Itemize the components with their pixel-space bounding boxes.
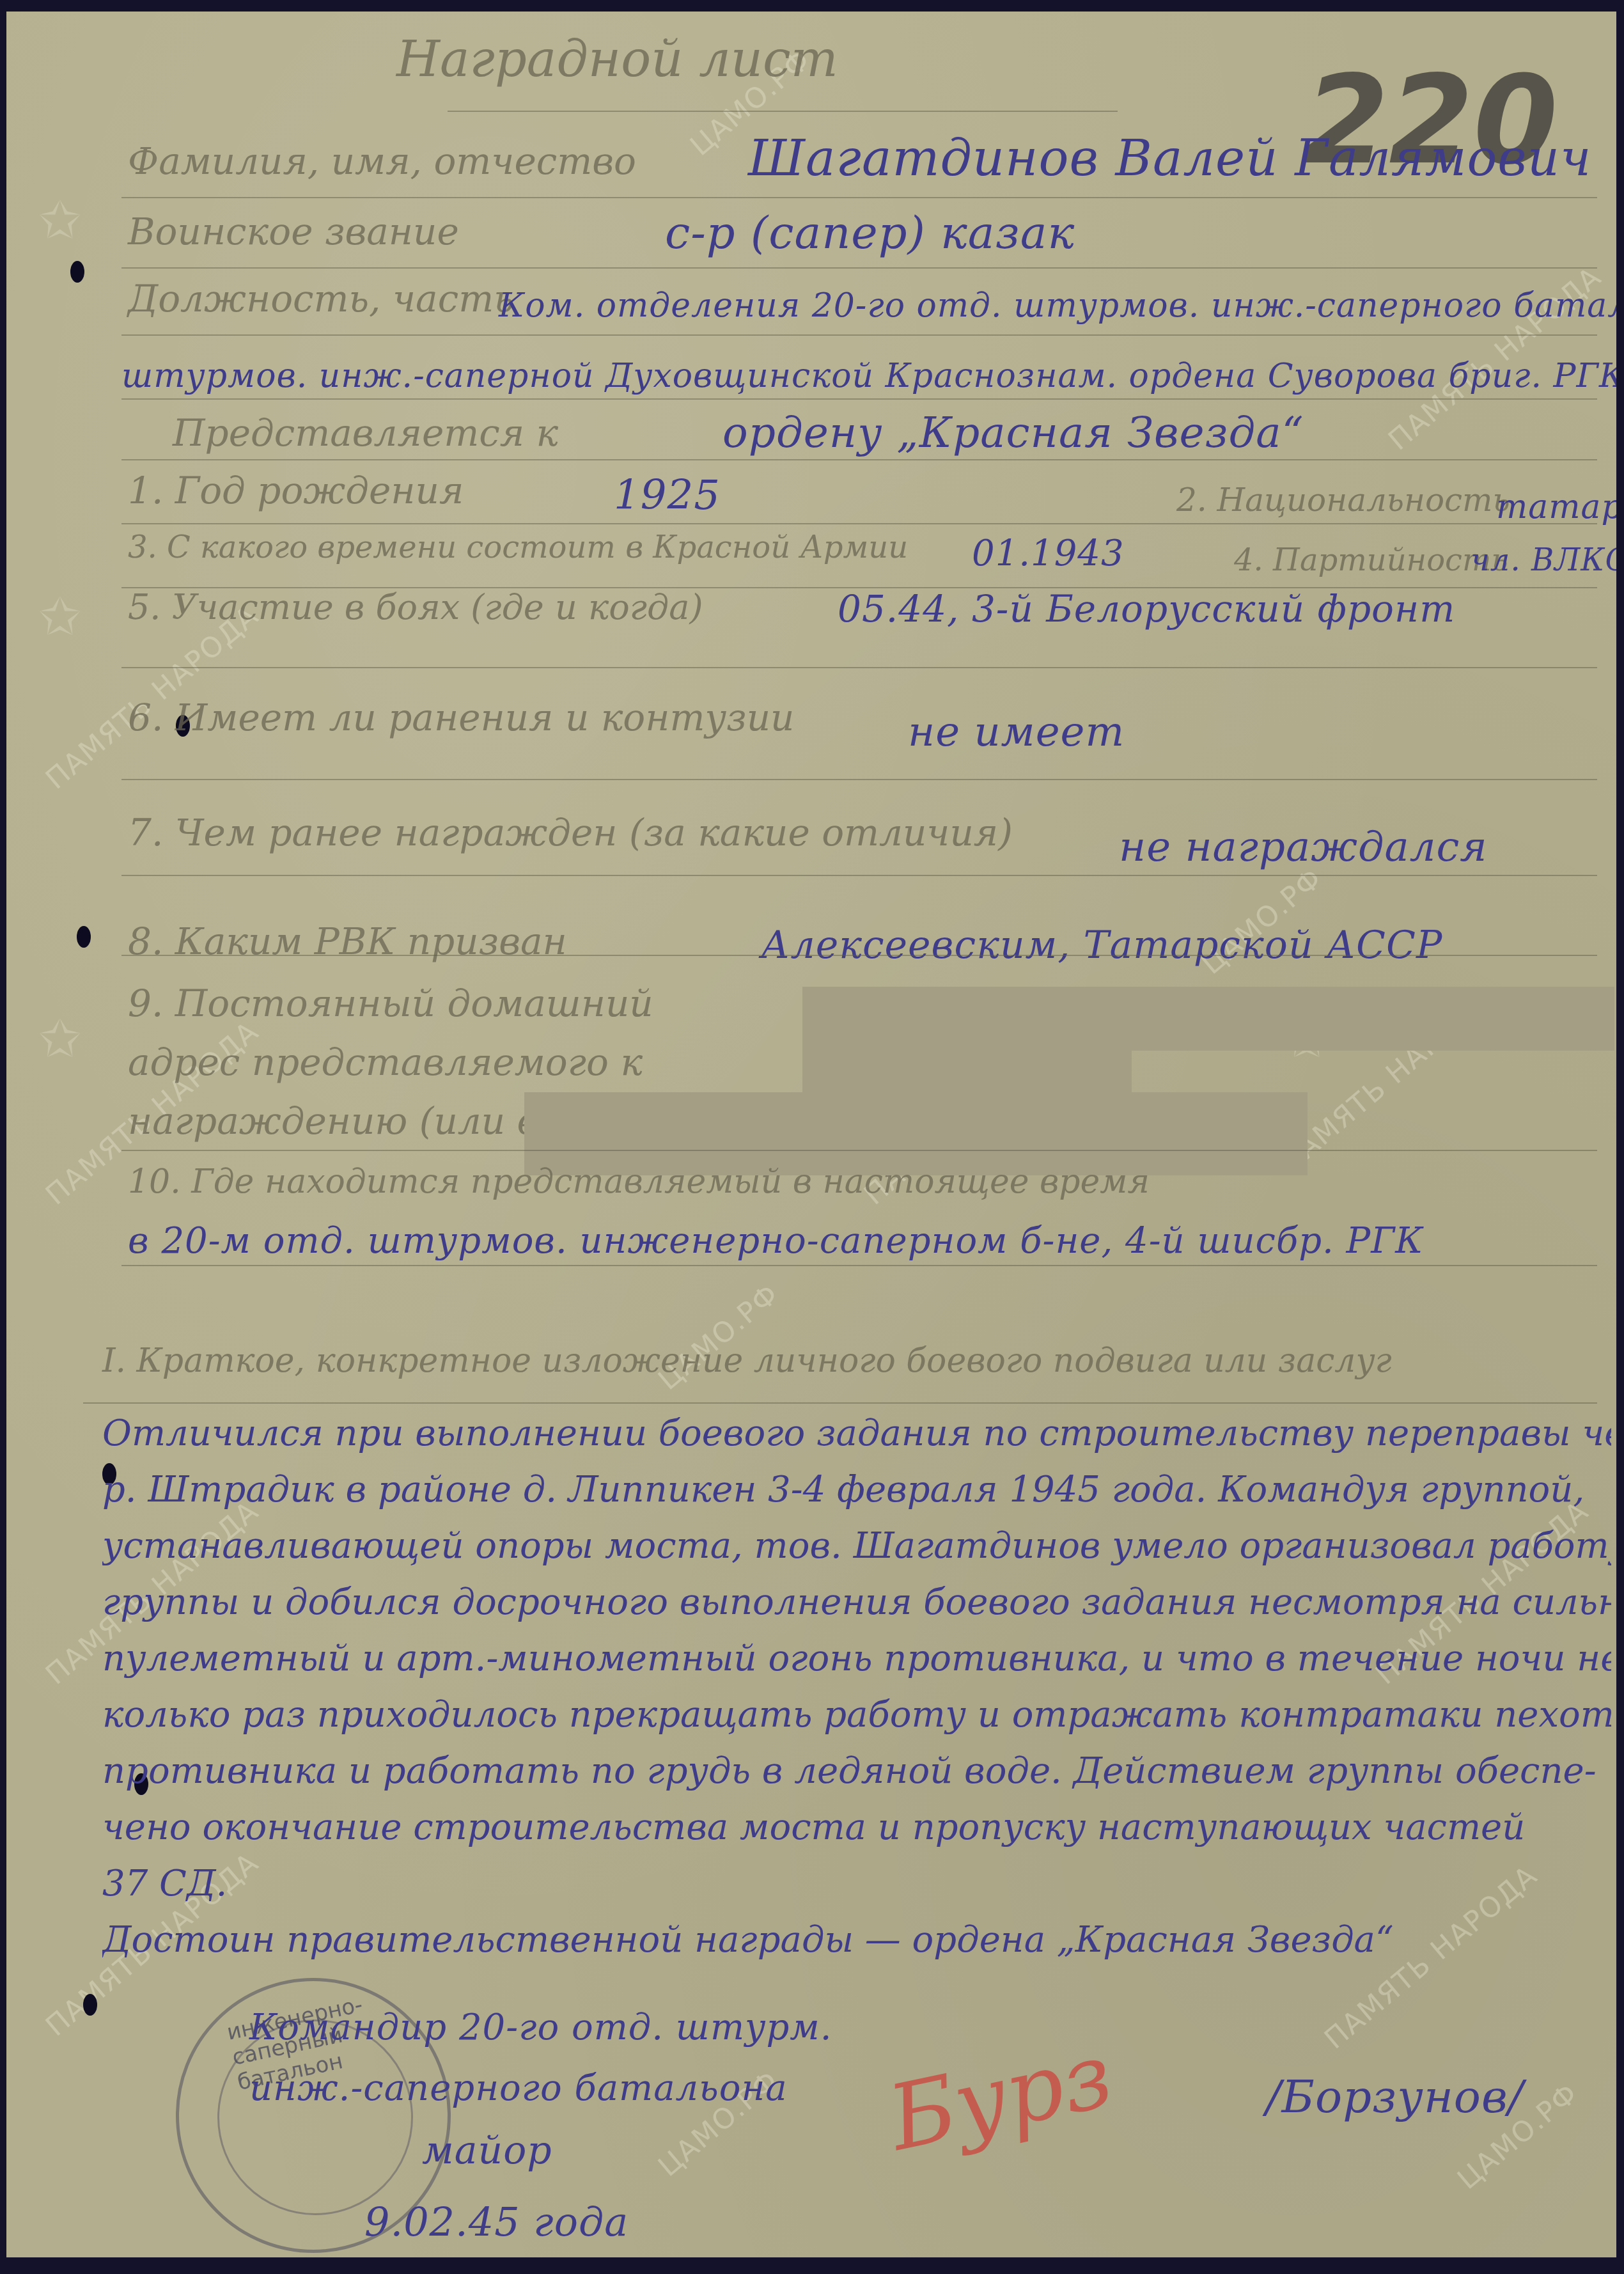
party-value: чл. ВЛКСМ bbox=[1471, 542, 1616, 578]
divider bbox=[121, 523, 1597, 524]
divider bbox=[121, 459, 1597, 460]
divider bbox=[121, 197, 1597, 198]
page-title: Наградной лист bbox=[396, 31, 838, 88]
narrative-label: I. Краткое, конкретное изложение личного… bbox=[102, 1342, 1392, 1380]
narrative-line: группы и добился досрочного выполнения б… bbox=[102, 1574, 1611, 1631]
narrative-line: 37 СД. bbox=[102, 1856, 1611, 1912]
narrative-line: р. Штрадик в районе д. Липпикен 3-4 февр… bbox=[102, 1462, 1611, 1518]
position-value-line1: Ком. отделения 20-го отд. штурмов. инж.-… bbox=[499, 286, 1616, 325]
star-icon: ✩ bbox=[38, 587, 81, 647]
signatory-title-line2: инж.-саперного батальона bbox=[249, 2067, 788, 2109]
combat-label: 5. Участие в боях (где и когда) bbox=[128, 587, 703, 627]
signature-date: 9.02.45 года bbox=[364, 2199, 629, 2245]
divider bbox=[121, 334, 1597, 336]
position-label: Должность, часть bbox=[128, 277, 514, 320]
current-unit-value: в 20-м отд. штурмов. инженерно-саперном … bbox=[128, 1220, 1424, 1262]
prior-awards-value: не награждался bbox=[1119, 824, 1488, 871]
signatory-rank: майор bbox=[422, 2128, 552, 2173]
narrative-line: Достоин правительственной награды — орде… bbox=[102, 1912, 1611, 1968]
signatory-title-line1: Командир 20-го отд. штурм. bbox=[249, 2007, 832, 2048]
narrative-line: пулеметный и арт.-минометный огонь проти… bbox=[102, 1631, 1611, 1687]
redaction-block bbox=[802, 987, 1614, 1051]
star-icon: ✩ bbox=[38, 191, 81, 250]
nationality-label: 2. Национальность bbox=[1176, 482, 1510, 519]
punch-hole bbox=[70, 261, 84, 283]
narrative-line: чено окончание строительства моста и про… bbox=[102, 1800, 1611, 1856]
punch-hole bbox=[77, 926, 91, 948]
prior-awards-label: 7. Чем ранее награжден (за какие отличия… bbox=[128, 811, 1013, 854]
drafted-by-label: 8. Каким РВК призван bbox=[128, 920, 567, 963]
wounds-value: не имеет bbox=[908, 709, 1125, 756]
fio-value: Шагатдинов Валей Галямович bbox=[748, 130, 1592, 187]
divider bbox=[121, 1150, 1597, 1151]
divider bbox=[121, 1265, 1597, 1266]
divider bbox=[448, 111, 1118, 112]
position-value-line2: штурмов. инж.-саперной Духовщинской Крас… bbox=[121, 357, 1616, 395]
party-label: 4. Партийность bbox=[1234, 542, 1508, 578]
drafted-by-value: Алексеевским, Татарской АССР bbox=[761, 923, 1442, 968]
rank-value: с-р (сапер) казак bbox=[665, 207, 1075, 259]
signatory-name: /Борзунов/ bbox=[1266, 2071, 1524, 2123]
divider bbox=[83, 1402, 1597, 1404]
rank-label: Воинское звание bbox=[128, 210, 459, 253]
document-sheet: ЦАМО.РФ ЦАМО.РФ ЦАМО.РФ ЦАМО.РФ ЦАМО.РФ … bbox=[6, 12, 1616, 2257]
star-icon: ✩ bbox=[38, 1009, 81, 1069]
narrative-text: Отличился при выполнении боевого задания… bbox=[102, 1406, 1611, 1968]
service-since-label: 3. С какого времени состоит в Красной Ар… bbox=[128, 529, 908, 565]
current-unit-label: 10. Где находится представляемый в насто… bbox=[128, 1163, 1150, 1201]
divider bbox=[121, 779, 1597, 780]
birth-year-label: 1. Год рождения bbox=[128, 469, 464, 512]
narrative-line: Отличился при выполнении боевого задания… bbox=[102, 1406, 1611, 1462]
nominated-label: Представляется к bbox=[173, 411, 558, 455]
combat-value: 05.44, 3-й Белорусский фронт bbox=[838, 587, 1455, 631]
punch-hole bbox=[83, 1994, 97, 2016]
birth-year-value: 1925 bbox=[614, 472, 721, 519]
narrative-line: колько раз приходилось прекращать работу… bbox=[102, 1687, 1611, 1743]
red-pencil-signature: Бурз bbox=[880, 2023, 1121, 2171]
nominated-value: ордену „Красная Звезда“ bbox=[722, 408, 1304, 457]
narrative-line: устанавливающей опоры моста, тов. Шагатд… bbox=[102, 1518, 1611, 1574]
divider bbox=[121, 267, 1597, 269]
narrative-line: противника и работать по грудь в ледяной… bbox=[102, 1743, 1611, 1800]
service-since-value: 01.1943 bbox=[972, 533, 1125, 574]
wounds-label: 6. Имеет ли ранения и контузии bbox=[128, 696, 794, 739]
divider bbox=[121, 667, 1597, 668]
divider bbox=[121, 398, 1597, 400]
fio-label: Фамилия, имя, отчество bbox=[128, 139, 636, 183]
nationality-value: татарин bbox=[1496, 488, 1616, 526]
divider bbox=[121, 875, 1597, 876]
divider bbox=[121, 955, 1597, 956]
